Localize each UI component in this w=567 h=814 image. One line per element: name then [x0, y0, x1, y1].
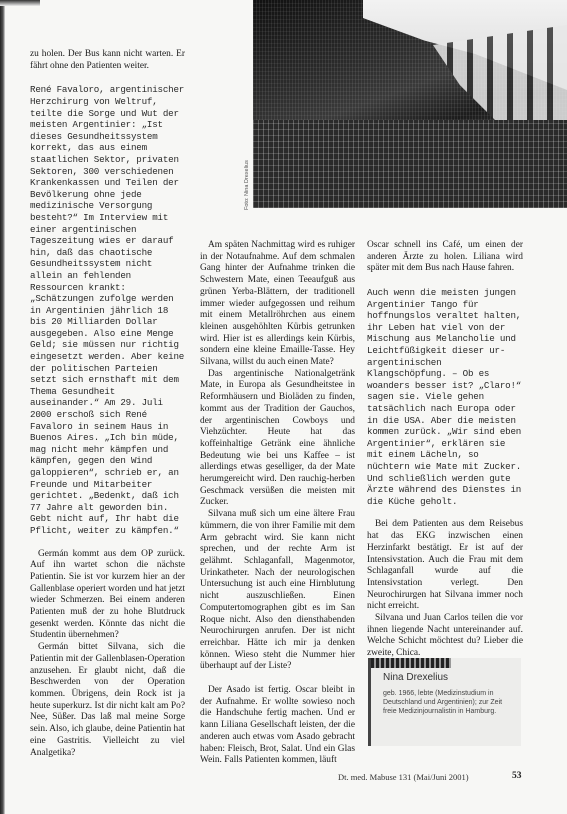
- left-column: zu holen. Der Bus kann nicht warten. Er …: [30, 49, 185, 759]
- paragraph: Germán bittet Silvana, sich die Patienti…: [30, 642, 185, 759]
- bio-header-bar: [371, 658, 451, 668]
- page-number: 53: [512, 771, 522, 781]
- quote-paragraph-favaloro: René Favaloro, argentinischer Herzchirur…: [30, 84, 185, 536]
- paragraph: Germán kommt aus dem OP zurück. Auf ihn …: [30, 549, 185, 643]
- paragraph: Am späten Nachmittag wird es ruhiger in …: [200, 240, 355, 369]
- photo-wall: [253, 120, 567, 208]
- paragraph: Bei dem Patienten aus dem Reisebus hat d…: [367, 519, 523, 613]
- paragraph: Silvana muß sich um eine ältere Frau küm…: [200, 509, 355, 673]
- paragraph: Oscar schnell ins Café, um einen der and…: [367, 240, 523, 275]
- author-name: Nina Drexelius: [383, 672, 448, 683]
- journal-footer: Dt. med. Mabuse 131 (Mai/Juni 2001): [338, 772, 469, 782]
- right-column: Oscar schnell ins Café, um einen der and…: [367, 240, 523, 660]
- page-corner-shadow: [0, 0, 40, 6]
- author-bio-box: Nina Drexelius geb. 1966, lebte (Medizin…: [368, 658, 521, 746]
- photo-credit: Foto: Nina Drexelius: [244, 130, 252, 210]
- paragraph: Der Asado ist fertig. Oscar bleibt in de…: [200, 685, 355, 767]
- paragraph: Silvana und Juan Carlos teilen die vor i…: [367, 613, 523, 660]
- paragraph: zu holen. Der Bus kann nicht warten. Er …: [30, 49, 185, 72]
- author-bio: geb. 1966, lebte (Medizinstudium in Deut…: [383, 690, 515, 716]
- street-photo: [253, 0, 567, 208]
- middle-column: Am späten Nachmittag wird es ruhiger in …: [200, 240, 355, 767]
- paragraph: Das argentinische Nationalgetränk Mate, …: [200, 369, 355, 509]
- quote-paragraph-tango: Auch wenn die meisten jungen Argentinier…: [367, 287, 523, 507]
- page-binding-edge: [0, 0, 5, 814]
